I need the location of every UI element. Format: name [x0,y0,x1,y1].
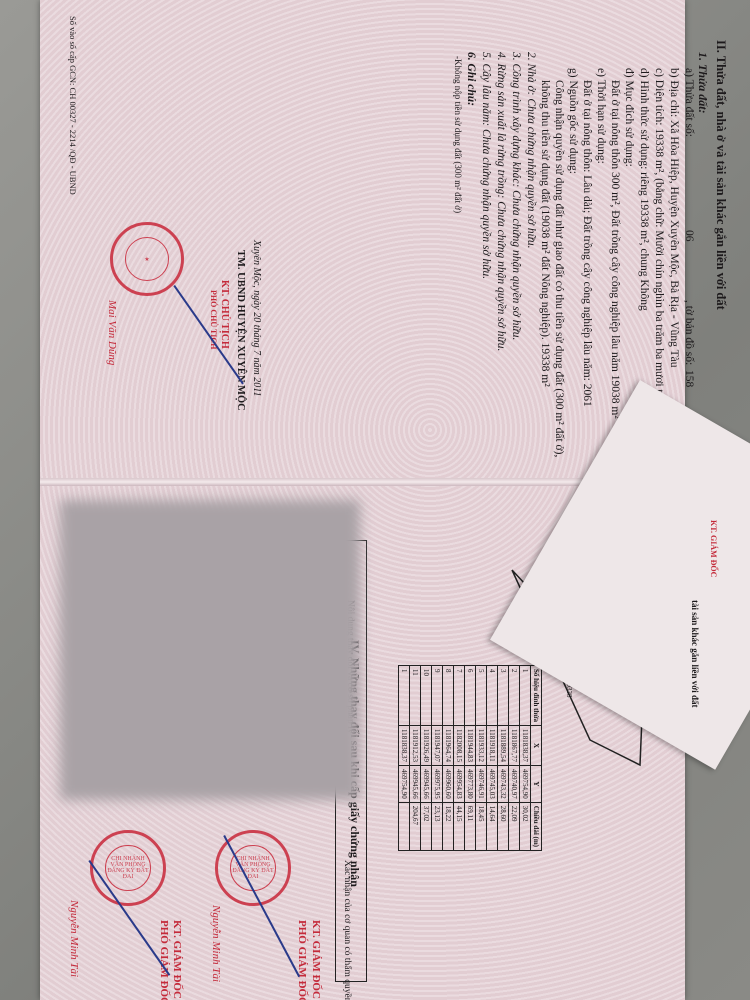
coords-cell: 4 [487,666,498,726]
coords-cell: 30,02 [520,802,531,850]
coords-cell: 37,02 [421,802,432,850]
coords-cell: 1181926,49 [421,726,432,766]
coords-cell: 69,11 [465,802,476,850]
house-line: 2. Nhà ở: Chưa chứng nhận quyền sở hữu. [525,52,537,249]
official-seal-registry-2: CHI NHÁNH VĂN PHÒNG ĐĂNG KÝ ĐẤT ĐAI [90,830,166,906]
parcel-label: a) Thửa đất số: [683,68,695,137]
coords-row: 81181964,74469960,6018,22 [443,666,454,851]
coords-cell: 1 [399,666,410,726]
term-label: e) Thời hạn sử dụng: [595,68,607,164]
coords-cell: 469975,95 [432,766,443,803]
coords-cell: 469754,90 [520,766,531,803]
flap-text-1: tài sản khác gắn liền với đất [690,600,700,708]
coords-cell: 1181944,83 [465,726,476,766]
coords-table: Số hiệu đỉnh thửa X Y Chiều dài (m) 1118… [398,665,542,851]
coords-cell: 23,13 [432,802,443,850]
coords-cell: 204,67 [410,802,421,850]
coords-cell [399,802,410,850]
coords-header-vertex: Số hiệu đỉnh thửa [531,666,542,726]
coords-cell: 8 [443,666,454,726]
coords-header-length: Chiều dài (m) [531,802,542,850]
signing-role-1: KT. CHỦ TỊCH [219,280,230,349]
origin-value-1: Công nhận quyền sử dụng đất như giao đất… [553,80,565,457]
coords-row: 11181838,37469754,90 [399,666,410,851]
flap-role: KT. GIÁM ĐỐC [709,520,718,577]
coords-cell: 5 [476,666,487,726]
address-line: b) Địa chỉ: Xã Hòa Hiệp, Huyện Xuyên Mộc… [668,68,680,367]
coords-cell: 10 [421,666,432,726]
registry-number: Số vào sổ cấp GCN: CH 00327 - 2214 /QĐ -… [68,16,78,195]
coords-cell: 469945,66 [410,766,421,803]
coords-table-container: Số hiệu đỉnh thửa X Y Chiều dài (m) 1118… [398,665,542,851]
coords-cell: 6 [465,666,476,726]
coords-cell: 469740,97 [509,766,520,803]
map-sheet-label: , tờ bản đồ số: [683,300,695,365]
coords-cell: 18,22 [443,802,454,850]
map-sheet-number: 158 [683,370,695,387]
coords-header-y: Y [531,766,542,803]
perennial-trees-line: 5. Cây lâu năm: Chưa chứng nhận quyền sở… [480,52,492,279]
coords-cell: 7 [454,666,465,726]
coords-cell: 44,15 [454,802,465,850]
stamp-1-role-2: PHÓ GIÁM ĐỐC [296,920,308,1000]
coords-cell: 2 [509,666,520,726]
coords-row: 111181912,53469945,66204,67 [410,666,421,851]
coords-row: 51181933,12469746,9118,45 [476,666,487,851]
coords-row: 91181947,07469975,9523,13 [432,666,443,851]
coords-header-x: X [531,726,542,766]
coords-row: 31181889,54469743,3228,60 [498,666,509,851]
stamp-1-signer: Nguyễn Minh Tài [210,905,222,982]
coords-cell: 1 [520,666,531,726]
coords-cell: 1181867,77 [509,726,520,766]
coords-cell: 1181838,37 [399,726,410,766]
purpose-label: đ) Mục đích sử dụng: [623,68,635,167]
notes-heading: 6. Ghi chú: [465,52,477,106]
purpose-value: Đất ở tại nông thôn 300 m², Đất trồng câ… [609,80,621,419]
coords-cell: 1181838,37 [520,726,531,766]
coords-cell: 1181912,53 [410,726,421,766]
coords-cell: 469754,90 [399,766,410,803]
coords-row: 11181838,37469754,9030,02 [520,666,531,851]
parcel-number: 06 [683,230,695,242]
ownership-line: d) Hình thức sử dụng: riêng 19338 m², ch… [638,68,650,311]
stamp-2-signer: Nguyễn Minh Tài [68,900,80,977]
coords-cell: 1181947,07 [432,726,443,766]
coords-cell: 18,45 [476,802,487,850]
coords-row: 21181867,77469740,9722,09 [509,666,520,851]
coords-cell: 1182008,15 [454,726,465,766]
origin-value-2: không thu tiền sử dụng đất (19038 m² đất… [539,80,551,387]
coords-cell: 11 [410,666,421,726]
coords-cell: 469960,60 [443,766,454,803]
redacted-area [60,500,360,800]
coords-cell: 14,64 [487,802,498,850]
signing-date: Xuyên Mộc, ngày 20 tháng 7 năm 2011 [251,240,262,396]
coords-cell: 9 [432,666,443,726]
planted-forest-line: 4. Rừng sản xuất là rừng trồng: Chưa chứ… [495,52,507,351]
coords-row: 101181926,49469945,6637,02 [421,666,432,851]
coords-cell: 469773,80 [465,766,476,803]
signing-authority: TM. UBND HUYỆN XUYÊN MỘC [235,250,246,411]
origin-label: g) Nguồn gốc sử dụng: [567,68,579,174]
coords-row: 41181918,11469745,0314,64 [487,666,498,851]
coords-cell: 469945,66 [421,766,432,803]
coords-cell: 3 [498,666,509,726]
other-construction-line: 3. Công trình xây dựng khác: Chưa chứng … [510,52,522,340]
changes-col-confirm: Xác nhận của cơ quan có thẩm quyền [342,860,352,1000]
coords-cell: 1181918,11 [487,726,498,766]
coords-cell: 469745,03 [487,766,498,803]
coords-cell: 1181964,74 [443,726,454,766]
signer-name: Mai Văn Dũng [106,300,118,365]
stamp-2-role-1: KT. GIÁM ĐỐC [171,920,183,999]
term-value: Đất ở tại nông thôn: Lâu dài; Đất trồng … [581,80,593,407]
coords-cell: 1181889,54 [498,726,509,766]
coords-cell: 1181933,12 [476,726,487,766]
section-title: II. Thửa đất, nhà ở và tài sản khác gắn … [713,40,728,310]
coords-cell: 28,60 [498,802,509,850]
coords-cell: 22,09 [509,802,520,850]
notes-value: -Không nộp tiền sử dụng đất (300 m² đất … [453,56,463,213]
coords-cell: 469746,91 [476,766,487,803]
coords-row: 71182008,15469954,8344,15 [454,666,465,851]
coords-cell: 469743,32 [498,766,509,803]
stamp-1-role-1: KT. GIÁM ĐỐC [310,920,322,999]
coords-row: 61181944,83469773,8069,11 [465,666,476,851]
land-heading: 1. Thửa đất: [695,52,710,114]
coords-cell: 469954,83 [454,766,465,803]
